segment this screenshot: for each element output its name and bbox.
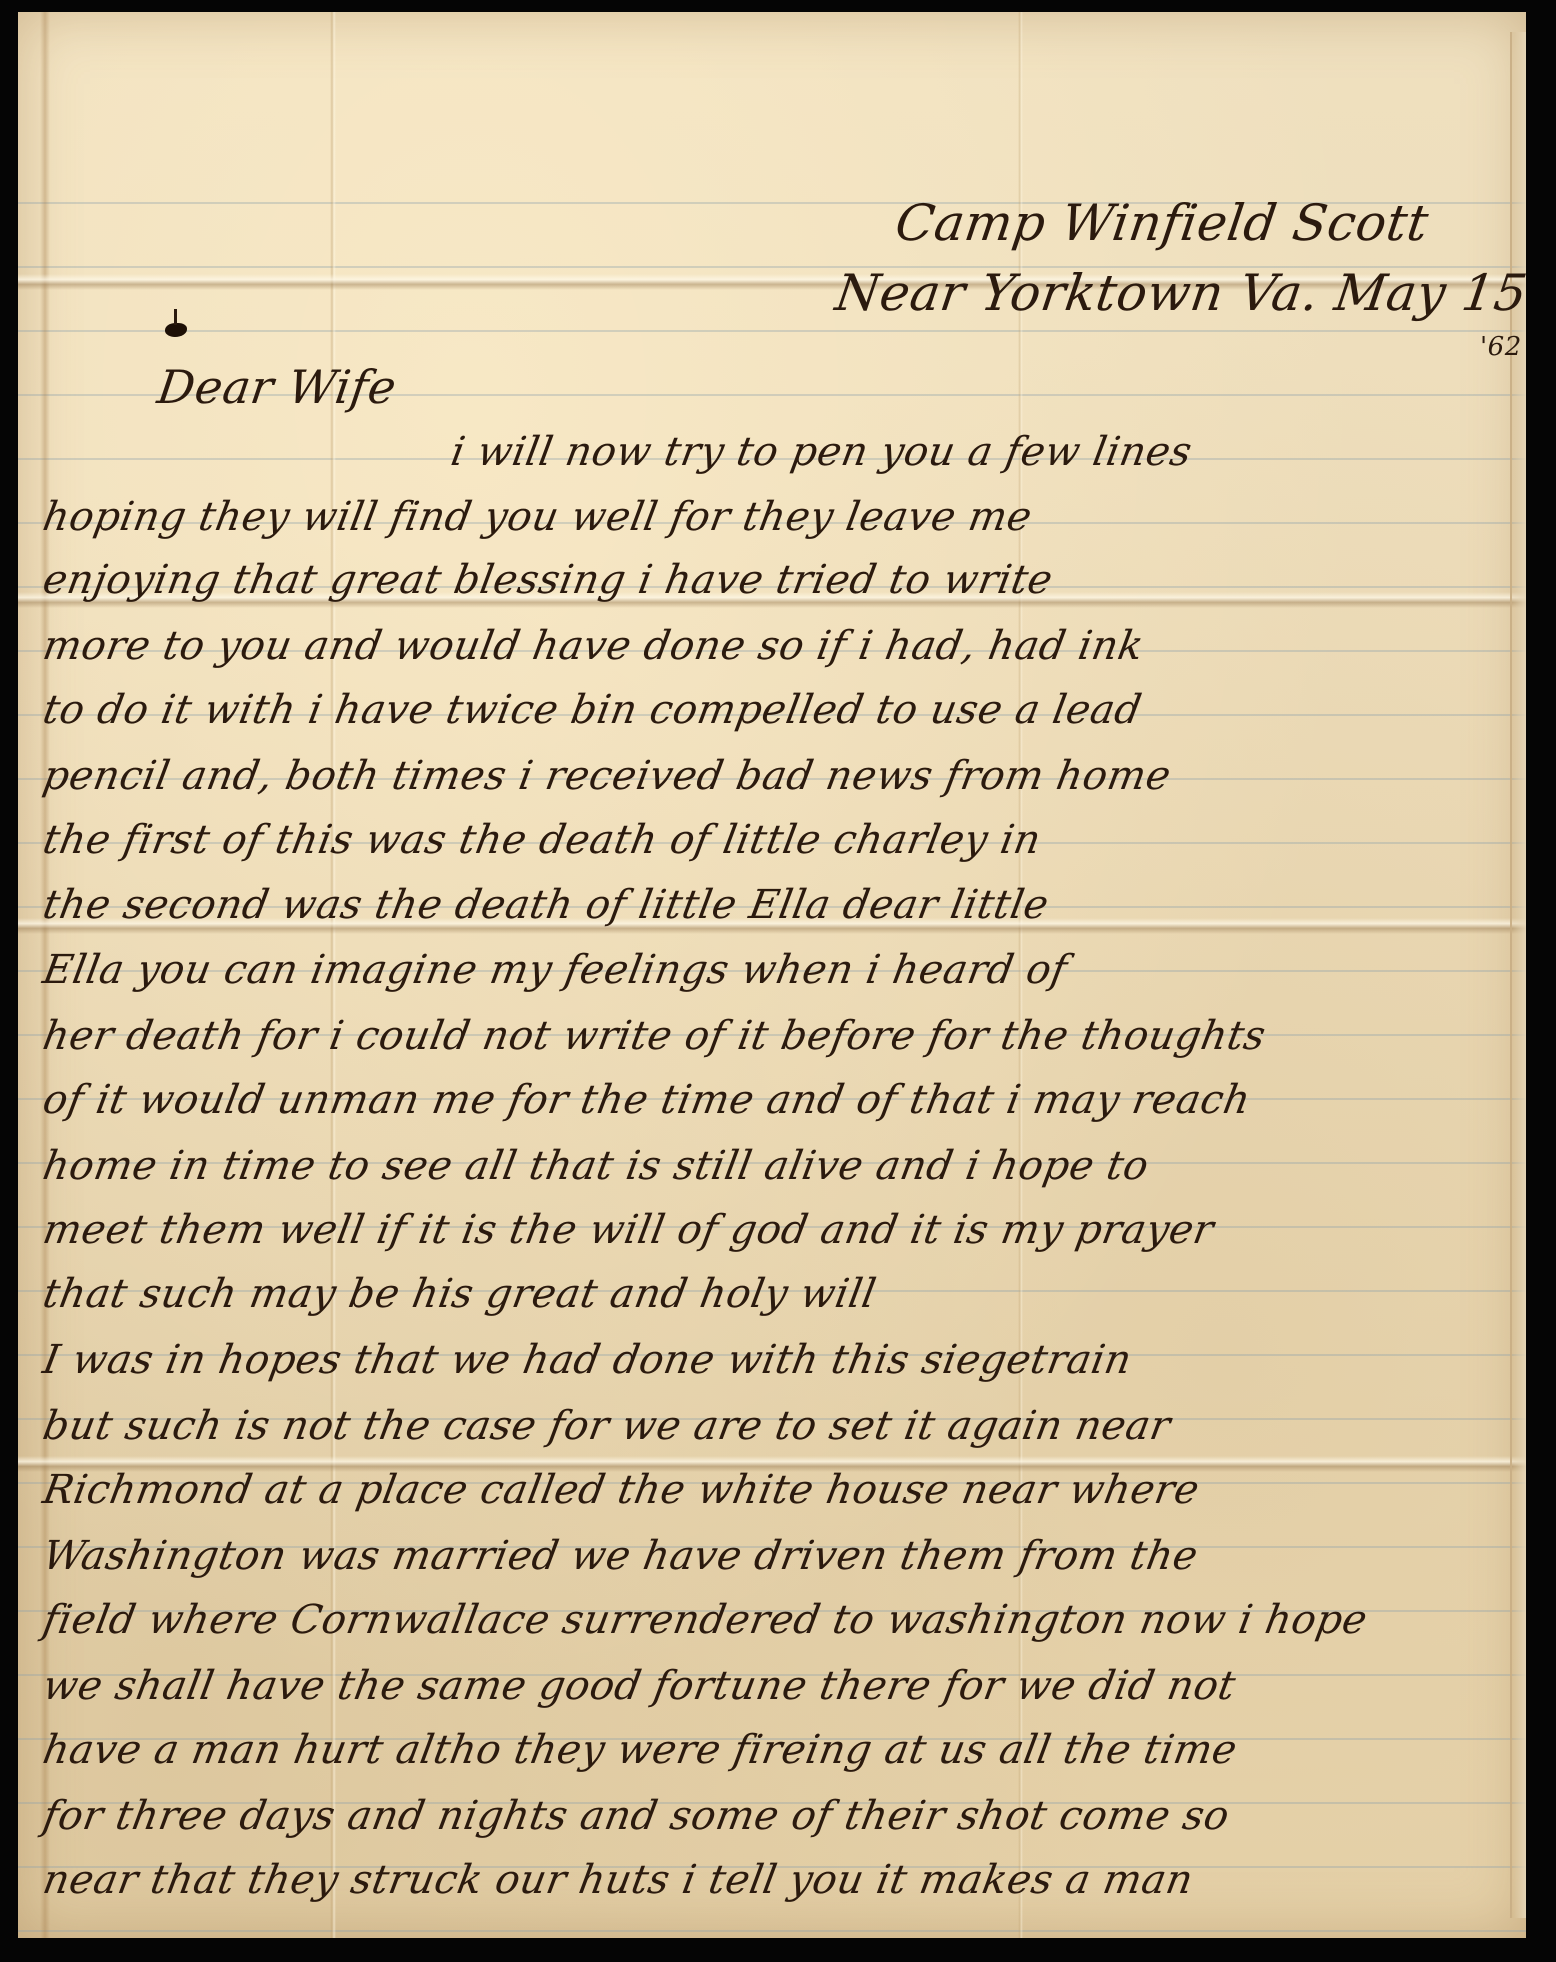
body-line: to do it with i have twice bin compelled… — [40, 690, 1526, 730]
ink-blot-mark — [165, 323, 187, 337]
body-line: Richmond at a place called the white hou… — [40, 1470, 1526, 1510]
body-line: meet them well if it is the will of god … — [40, 1210, 1526, 1250]
dateline-place: Camp Winfield Scott — [892, 194, 1432, 252]
body-line: Ella you can imagine my feelings when i … — [40, 950, 1526, 990]
body-line: more to you and would have done so if i … — [40, 626, 1526, 666]
salutation: Dear Wife — [154, 360, 400, 414]
body-line: her death for i could not write of it be… — [40, 1016, 1526, 1056]
body-line: i will now try to pen you a few lines — [448, 432, 1526, 472]
dateline-year: '62 — [1480, 332, 1522, 362]
body-line: enjoying that great blessing i have trie… — [40, 560, 1526, 600]
dateline-location-date: Near Yorktown Va. May 15th — [832, 264, 1526, 322]
body-line: I was in hopes that we had done with thi… — [40, 1340, 1526, 1380]
scan-background: Camp Winfield Scott Near Yorktown Va. Ma… — [0, 0, 1556, 1962]
body-line: of it would unman me for the time and of… — [40, 1080, 1526, 1120]
body-line: for three days and nights and some of th… — [40, 1796, 1526, 1836]
body-line: we shall have the same good fortune ther… — [40, 1666, 1526, 1706]
body-line: near that they struck our huts i tell yo… — [40, 1860, 1526, 1900]
body-line: Washington was married we have driven th… — [40, 1536, 1526, 1576]
body-line: home in time to see all that is still al… — [40, 1146, 1526, 1186]
body-line: but such is not the case for we are to s… — [40, 1406, 1526, 1446]
body-line: have a man hurt altho they were fireing … — [40, 1730, 1526, 1770]
body-line: the first of this was the death of littl… — [40, 820, 1526, 860]
body-line: that such may be his great and holy will — [40, 1274, 1526, 1314]
letter-page: Camp Winfield Scott Near Yorktown Va. Ma… — [18, 12, 1526, 1938]
body-line: pencil and, both times i received bad ne… — [40, 756, 1526, 796]
body-line: hoping they will find you well for they … — [40, 497, 1526, 537]
body-line: the second was the death of little Ella … — [40, 885, 1526, 925]
body-line: field where Cornwallace surrendered to w… — [40, 1600, 1526, 1640]
